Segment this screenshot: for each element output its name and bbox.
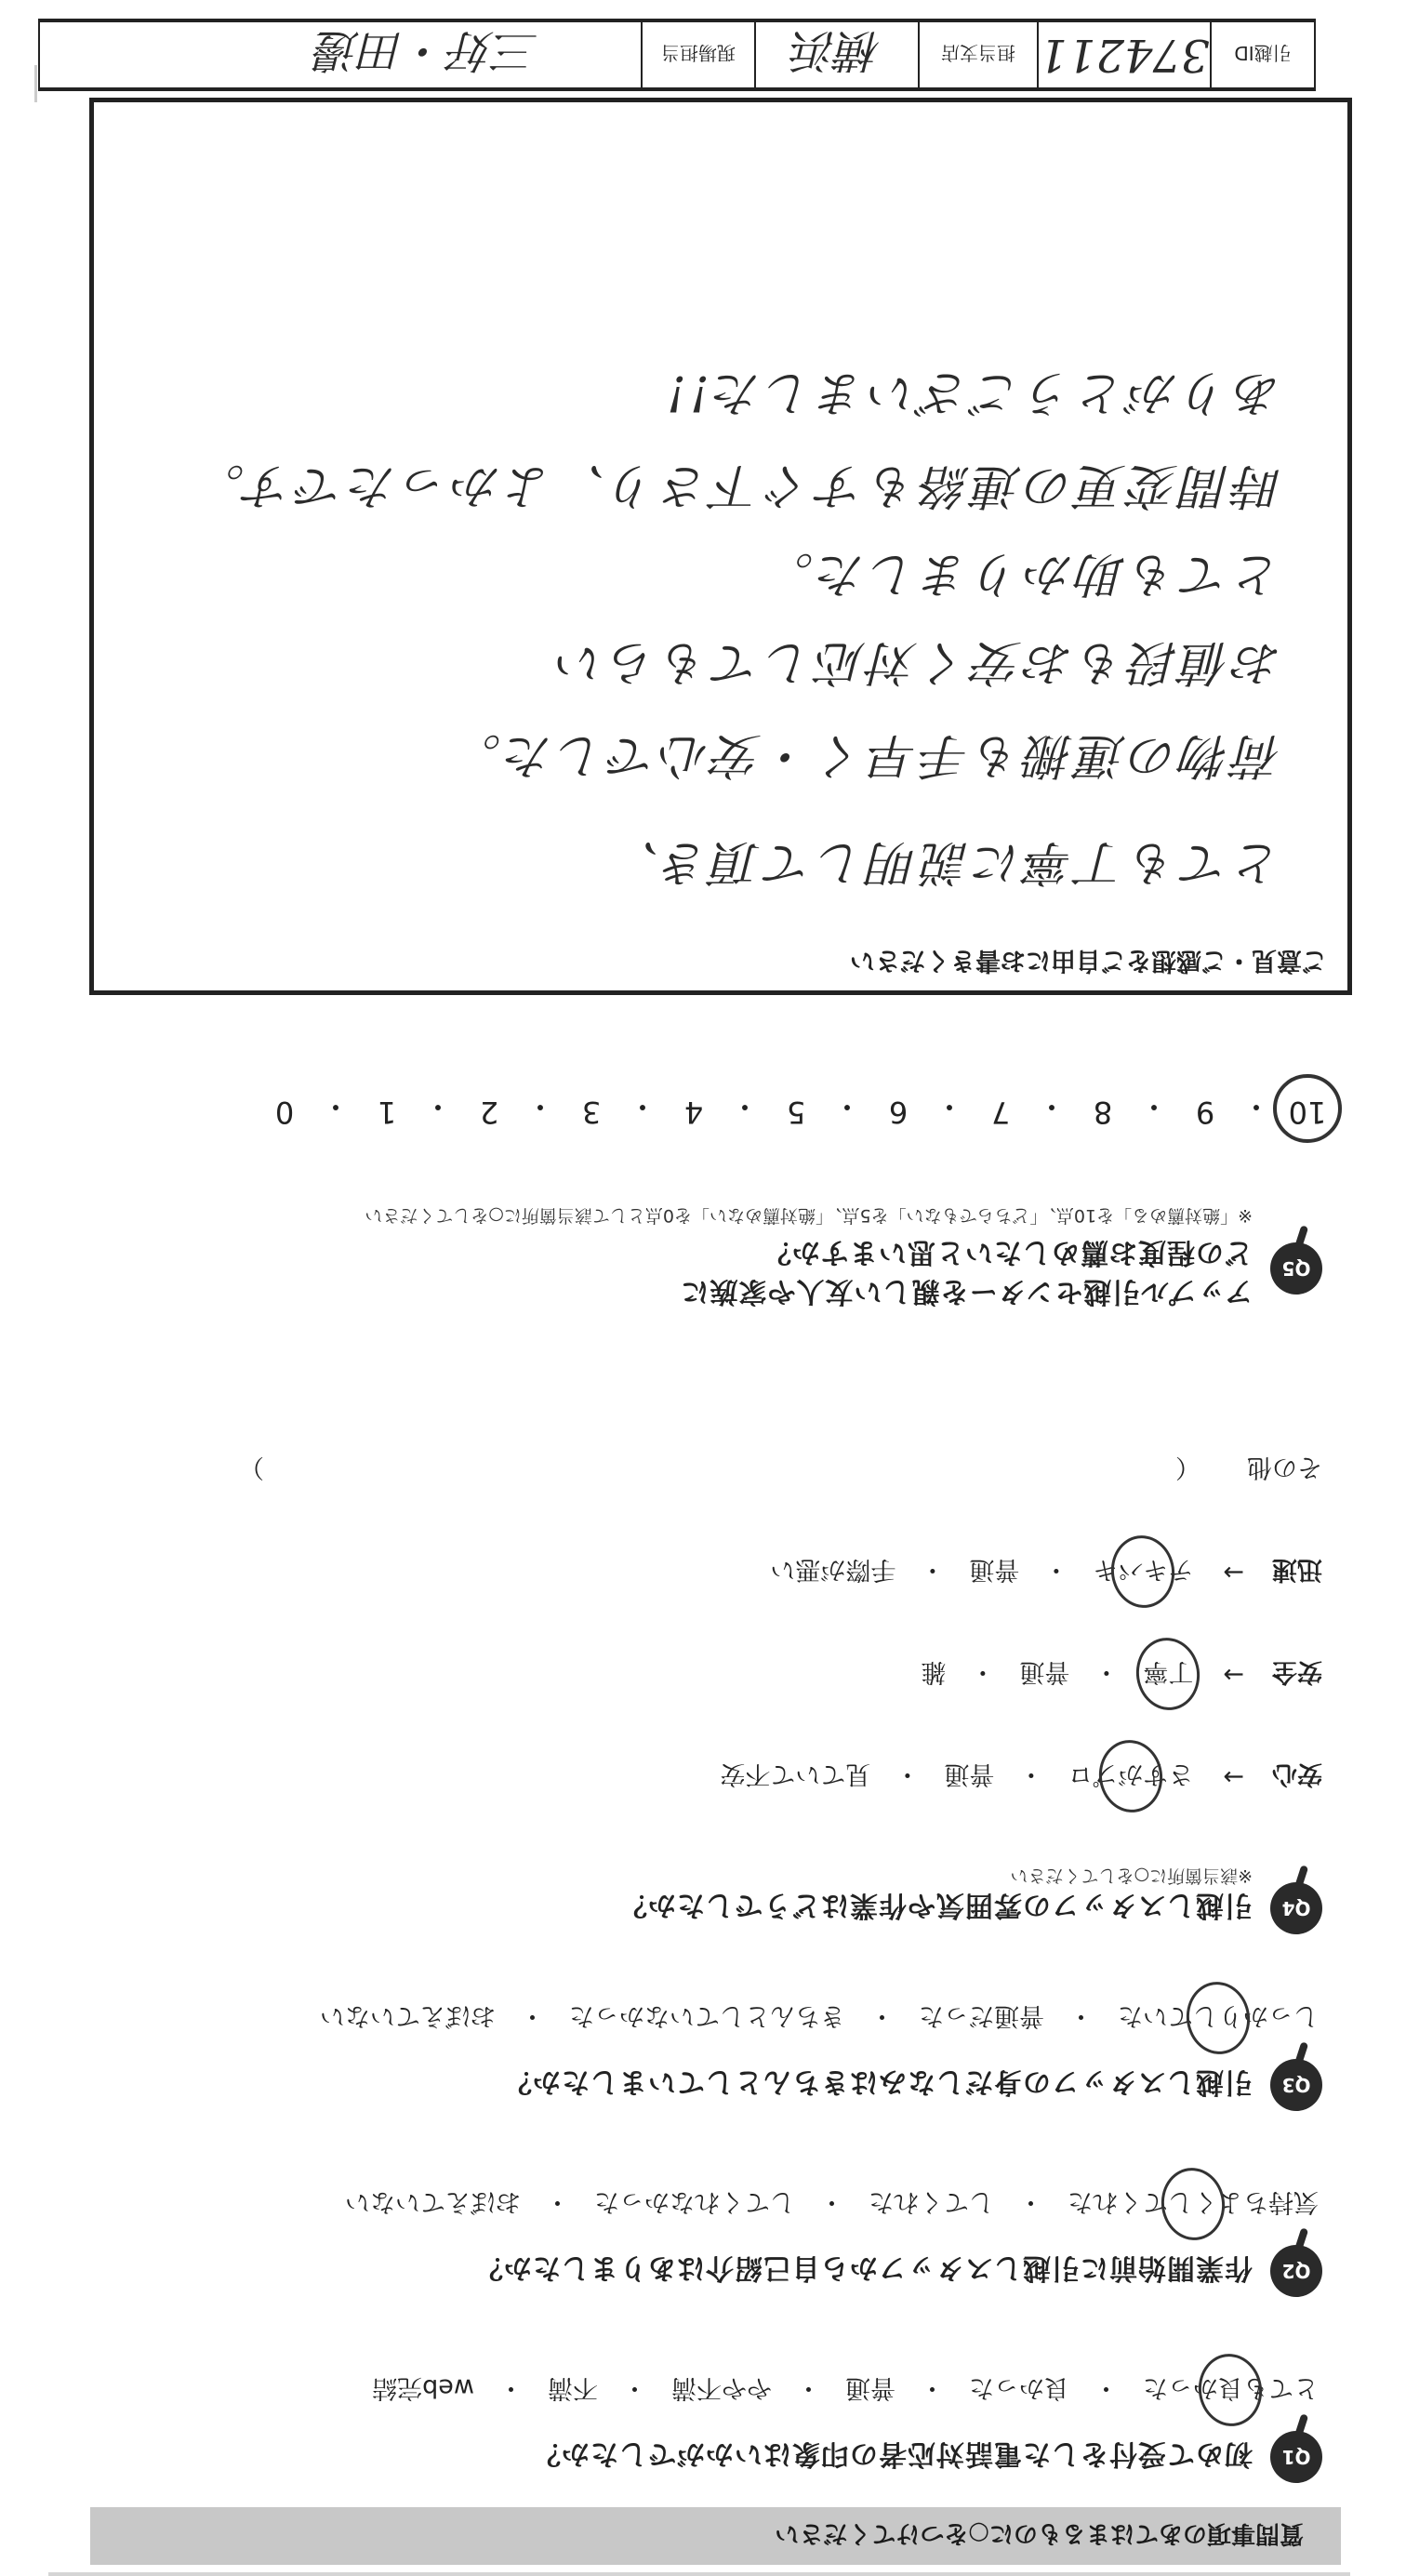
separator: ・ bbox=[899, 2372, 965, 2409]
q2-option-dont-remember[interactable]: おぼえていない bbox=[341, 2186, 524, 2223]
q4-jinsoku-option-clumsy[interactable]: 手際が悪い bbox=[766, 1554, 899, 1590]
q2-options: 気持ちよくしてくれた ・ してくれた ・ してくれなかった ・ おぼえていない bbox=[341, 2186, 1322, 2223]
q3-option-neat[interactable]: しっかりしていた bbox=[1114, 2000, 1322, 2037]
score-8[interactable]: 8 bbox=[1079, 1087, 1127, 1130]
q4-badge-icon: Q4 bbox=[1270, 1882, 1322, 1934]
q4-note: ※該当箇所に○をしてください bbox=[1011, 1865, 1253, 1890]
separator: ・ bbox=[998, 2186, 1064, 2223]
q4-row-label: 迅速 bbox=[1257, 1554, 1322, 1590]
separator: ・ bbox=[718, 1087, 772, 1130]
separator: ・ bbox=[513, 1087, 567, 1130]
separator: ・ bbox=[524, 2186, 590, 2223]
question-2: Q2 作業開始前に引越しスタッフから自己紹介はありましたか？ 気持ちよくしてくれ… bbox=[76, 2185, 1322, 2297]
q2-badge-icon: Q2 bbox=[1270, 2245, 1322, 2297]
separator: ・ bbox=[1048, 2000, 1114, 2037]
q2-badge-label: Q2 bbox=[1282, 2260, 1311, 2282]
separator: ・ bbox=[411, 1087, 465, 1130]
q4-anshin-option-pro[interactable]: さすがプロ bbox=[1064, 1759, 1197, 1795]
q1-option-somewhat-dissatisfied[interactable]: やや不満 bbox=[668, 2372, 776, 2409]
comments-title: ご意見・ご感想をご自由にお書きください bbox=[850, 945, 1327, 981]
separator: ・ bbox=[922, 1087, 976, 1130]
comments-box[interactable]: ご意見・ご感想をご自由にお書きください とても丁寧に説明して頂き、 荷物の運搬も… bbox=[89, 98, 1352, 995]
q1-option-good[interactable]: 良かった bbox=[965, 2372, 1073, 2409]
q5-note: ※「絶対薦める」を10点、「どちらでもない」を5点、「絶対薦めない」を0点として… bbox=[365, 1204, 1253, 1229]
q4-other-open-paren: （ bbox=[1175, 1452, 1247, 1488]
score-10[interactable]: 10 bbox=[1283, 1087, 1332, 1130]
staff-value[interactable]: 三好・田邊 bbox=[40, 22, 641, 87]
separator: ・ bbox=[309, 1087, 363, 1130]
q4-anzen-option-rough[interactable]: 雑 bbox=[917, 1656, 949, 1693]
separator: ・ bbox=[499, 2000, 565, 2037]
separator: ・ bbox=[899, 1554, 965, 1590]
branch-value[interactable]: 横浜 bbox=[754, 22, 918, 87]
question-3: Q3 引越しスタッフの身だしなみはきちんとしていましたか？ しっかりしていた ・… bbox=[76, 1999, 1322, 2111]
q4-anzen-option-careful[interactable]: 丁寧 bbox=[1139, 1656, 1197, 1693]
separator: ・ bbox=[820, 1087, 874, 1130]
q4-jinsoku-option-normal[interactable]: 普通 bbox=[965, 1554, 1023, 1590]
instruction-header-text: 質問事項のあてはまるものに○をつけてください bbox=[775, 2519, 1304, 2554]
q4-badge-label: Q4 bbox=[1282, 1897, 1311, 1919]
q1-badge-icon: Q1 bbox=[1270, 2431, 1322, 2483]
q3-option-dont-remember[interactable]: おぼえていない bbox=[316, 2000, 499, 2037]
score-5[interactable]: 5 bbox=[772, 1087, 820, 1130]
separator: ・ bbox=[998, 1759, 1064, 1795]
separator: ・ bbox=[1073, 1656, 1139, 1693]
instruction-header: 質問事項のあてはまるものに○をつけてください bbox=[90, 2507, 1341, 2565]
q1-option-dissatisfied[interactable]: 不満 bbox=[544, 2372, 602, 2409]
q1-option-normal[interactable]: 普通 bbox=[842, 2372, 899, 2409]
branch-label: 担当支店 bbox=[918, 22, 1037, 87]
q5-score-scale: 10 ・ 9 ・ 8 ・ 7 ・ 6 ・ 5 ・ 4 ・ 3 ・ 2 ・ 1 ・… bbox=[260, 1087, 1332, 1130]
q2-option-did[interactable]: してくれた bbox=[865, 2186, 998, 2223]
q2-text: 作業開始前に引越しスタッフから自己紹介はありましたか？ bbox=[474, 2251, 1253, 2291]
score-9[interactable]: 9 bbox=[1181, 1087, 1229, 1130]
q2-option-pleasantly[interactable]: 気持ちよくしてくれた bbox=[1064, 2186, 1322, 2223]
separator: ・ bbox=[1023, 1554, 1089, 1590]
q4-row-other: その他 （ ） bbox=[86, 1452, 1322, 1488]
comment-line-3: お値段もお安く対応してもらい bbox=[553, 632, 1282, 702]
separator: ・ bbox=[602, 2372, 668, 2409]
move-info-table: 引越ID 374211 担当支店 横浜 現場担当 三好・田邊 bbox=[38, 19, 1316, 91]
q4-anshin-option-normal[interactable]: 普通 bbox=[940, 1759, 998, 1795]
q4-anshin-option-uneasy[interactable]: 見ていて不安 bbox=[716, 1759, 874, 1795]
score-1[interactable]: 1 bbox=[363, 1087, 411, 1130]
q1-text: 初めて受付をした電話対応者の印象はいかがでしたか？ bbox=[532, 2437, 1253, 2477]
q5-text-line1: アップル引越センターを親しい友人や家族に bbox=[681, 1274, 1253, 1315]
q3-options: しっかりしていた ・ 普通だった ・ きちんとしていなかった ・ おぼえていない bbox=[316, 2000, 1322, 2037]
q3-text: 引越しスタッフの身だしなみはきちんとしていましたか？ bbox=[503, 2065, 1253, 2105]
q2-option-did-not[interactable]: してくれなかった bbox=[590, 2186, 799, 2223]
q3-option-normal[interactable]: 普通だった bbox=[915, 2000, 1048, 2037]
q3-badge-icon: Q3 bbox=[1270, 2059, 1322, 2111]
separator: ・ bbox=[949, 1656, 1015, 1693]
q4-row-label: 安心 bbox=[1257, 1759, 1322, 1795]
score-3[interactable]: 3 bbox=[567, 1087, 616, 1130]
survey-form-page: 質問事項のあてはまるものに○をつけてください Q1 初めて受付をした電話対応者の… bbox=[0, 0, 1406, 2576]
q4-other-label: その他 bbox=[1247, 1452, 1322, 1488]
move-id-value[interactable]: 374211 bbox=[1037, 22, 1210, 87]
score-7[interactable]: 7 bbox=[976, 1087, 1025, 1130]
q1-option-web-complete[interactable]: web完結 bbox=[368, 2372, 478, 2409]
score-6[interactable]: 6 bbox=[874, 1087, 922, 1130]
q4-jinsoku-option-efficient[interactable]: テキパキ bbox=[1089, 1554, 1197, 1590]
scan-mark bbox=[34, 65, 37, 102]
q4-row-anshin: 安心 → さすがプロ ・ 普通 ・ 見ていて不安 bbox=[716, 1759, 1322, 1795]
q3-badge-label: Q3 bbox=[1282, 2074, 1311, 2096]
q5-badge-icon: Q5 bbox=[1270, 1242, 1322, 1295]
q4-row-anzen: 安全 → 丁寧 ・ 普通 ・ 雑 bbox=[917, 1656, 1322, 1693]
comment-line-2: 荷物の運搬も手早く・安心でした。 bbox=[449, 725, 1282, 795]
separator: ・ bbox=[1127, 1087, 1181, 1130]
separator: ・ bbox=[849, 2000, 915, 2037]
q4-other-close-paren: ） bbox=[239, 1452, 264, 1488]
staff-label: 現場担当 bbox=[641, 22, 754, 87]
question-1: Q1 初めて受付をした電話対応者の印象はいかがでしたか？ とても良かった ・ 良… bbox=[76, 2371, 1322, 2483]
q1-options: とても良かった ・ 良かった ・ 普通 ・ やや不満 ・ 不満 ・ web完結 bbox=[368, 2372, 1322, 2409]
separator: ・ bbox=[776, 2372, 842, 2409]
score-4[interactable]: 4 bbox=[670, 1087, 718, 1130]
separator: ・ bbox=[799, 2186, 865, 2223]
comment-line-6: ありがとうございました!! bbox=[663, 363, 1282, 432]
question-4: Q4 引越しスタッフの雰囲気や作業はどうでしたか？ ※該当箇所に○をしてください… bbox=[76, 1451, 1322, 1934]
score-2[interactable]: 2 bbox=[465, 1087, 513, 1130]
score-0[interactable]: 0 bbox=[260, 1087, 309, 1130]
q5-text-line2: どの程度お薦めしたいと思いますか？ bbox=[763, 1235, 1253, 1276]
scan-edge bbox=[48, 2572, 1350, 2576]
q4-row-label: 安全 bbox=[1257, 1656, 1322, 1693]
q1-badge-label: Q1 bbox=[1282, 2446, 1311, 2468]
arrow-right-icon: → bbox=[1197, 1762, 1257, 1791]
separator: ・ bbox=[1025, 1087, 1079, 1130]
move-id-label: 引越ID bbox=[1210, 22, 1314, 87]
q4-row-jinsoku: 迅速 → テキパキ ・ 普通 ・ 手際が悪い bbox=[766, 1554, 1322, 1590]
comment-line-1: とても丁寧に説明して頂き、 bbox=[607, 832, 1282, 902]
arrow-right-icon: → bbox=[1197, 1660, 1257, 1689]
separator: ・ bbox=[478, 2372, 544, 2409]
comment-line-4: とても助かりました。 bbox=[762, 544, 1282, 614]
q4-text: 引越しスタッフの雰囲気や作業はどうでしたか？ bbox=[618, 1888, 1253, 1929]
q3-option-not-neat[interactable]: きちんとしていなかった bbox=[565, 2000, 849, 2037]
separator: ・ bbox=[616, 1087, 670, 1130]
q4-anzen-option-normal[interactable]: 普通 bbox=[1015, 1656, 1073, 1693]
q1-option-very-good[interactable]: とても良かった bbox=[1139, 2372, 1322, 2409]
comment-line-5: 時間変更の連絡もすぐ下さり、よかったです。 bbox=[192, 456, 1282, 525]
separator: ・ bbox=[1073, 2372, 1139, 2409]
q5-badge-label: Q5 bbox=[1282, 1257, 1311, 1280]
separator: ・ bbox=[874, 1759, 940, 1795]
arrow-right-icon: → bbox=[1197, 1558, 1257, 1587]
